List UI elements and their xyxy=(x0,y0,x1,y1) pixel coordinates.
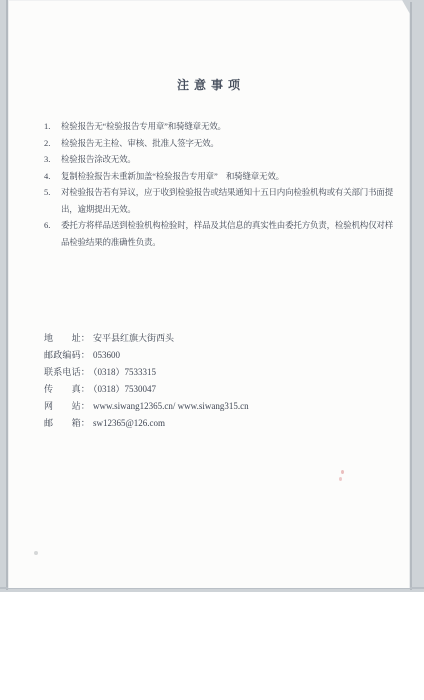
contact-row-email: 邮 箱：sw12365@126.com xyxy=(44,415,249,432)
note-number: 3. xyxy=(44,151,61,168)
note-number: 5. xyxy=(44,184,61,201)
notes-list: 1. 检验报告无“检验报告专用章”和骑缝章无效。 2. 检验报告无主检、审核、批… xyxy=(44,118,406,250)
note-item-5: 5. 对检验报告若有异议，应于收到检验报告或结果通知十五日内向检验机构或有关部门… xyxy=(44,184,406,217)
page-title: 注 意 事 项 xyxy=(8,76,410,94)
contact-value: （0318）7533315 xyxy=(93,367,156,377)
note-number: 2. xyxy=(44,135,61,152)
note-line: 委托方将样品送到检验机构检验时，样品及其信息的真实性由委托方负责，检验机构仅对样 xyxy=(61,217,406,234)
note-number: 4. xyxy=(44,168,61,185)
paper-right-edge xyxy=(410,2,412,590)
note-number: 6. xyxy=(44,217,61,234)
contact-label: 传 真： xyxy=(44,384,90,394)
note-line: 检验报告涂改无效。 xyxy=(61,151,406,168)
contact-value: www.siwang12365.cn/ www.siwang315.cn xyxy=(93,401,249,411)
contact-value: 安平县红旗大街西头 xyxy=(93,333,174,343)
contact-label: 邮 箱： xyxy=(44,418,90,428)
contact-label: 网 站： xyxy=(44,401,90,411)
note-item-2: 2. 检验报告无主检、审核、批准人签字无效。 xyxy=(44,135,406,152)
note-line: 复制检验报告未重新加盖“检验报告专用章” 和骑缝章无效。 xyxy=(61,168,406,185)
contact-value: 053600 xyxy=(93,350,120,360)
note-line: 品检验结果的准确性负责。 xyxy=(61,234,406,251)
contact-value: （0318）7530047 xyxy=(93,384,156,394)
note-line: 出，逾期提出无效。 xyxy=(61,201,406,218)
contact-row-website: 网 站：www.siwang12365.cn/ www.siwang315.cn xyxy=(44,398,249,415)
paper-left-edge xyxy=(6,0,8,590)
document-page: 注 意 事 项 1. 检验报告无“检验报告专用章”和骑缝章无效。 2. 检验报告… xyxy=(8,0,410,588)
contact-row-phone: 联系电话：（0318）7533315 xyxy=(44,364,249,381)
note-line: 检验报告无主检、审核、批准人签字无效。 xyxy=(61,135,406,152)
scan-artifact-pink-mark xyxy=(341,470,344,474)
note-item-1: 1. 检验报告无“检验报告专用章”和骑缝章无效。 xyxy=(44,118,406,135)
contact-label: 邮政编码： xyxy=(44,350,90,360)
contact-row-fax: 传 真：（0318）7530047 xyxy=(44,381,249,398)
contact-value: sw12365@126.com xyxy=(93,418,165,428)
contact-label: 地 址： xyxy=(44,333,90,343)
note-number: 1. xyxy=(44,118,61,135)
contact-row-postcode: 邮政编码：053600 xyxy=(44,347,249,364)
contact-row-address: 地 址：安平县红旗大街西头 xyxy=(44,330,249,347)
note-item-3: 3. 检验报告涂改无效。 xyxy=(44,151,406,168)
contact-info: 地 址：安平县红旗大街西头 邮政编码：053600 联系电话：（0318）753… xyxy=(44,330,249,432)
contact-label: 联系电话： xyxy=(44,367,90,377)
note-item-4: 4. 复制检验报告未重新加盖“检验报告专用章” 和骑缝章无效。 xyxy=(44,168,406,185)
note-line: 对检验报告若有异议，应于收到检验报告或结果通知十五日内向检验机构或有关部门书面提 xyxy=(61,184,406,201)
note-line: 检验报告无“检验报告专用章”和骑缝章无效。 xyxy=(61,118,406,135)
scan-artifact-gray-speck xyxy=(34,551,38,555)
note-item-6: 6. 委托方将样品送到检验机构检验时，样品及其信息的真实性由委托方负责，检验机构… xyxy=(44,217,406,250)
